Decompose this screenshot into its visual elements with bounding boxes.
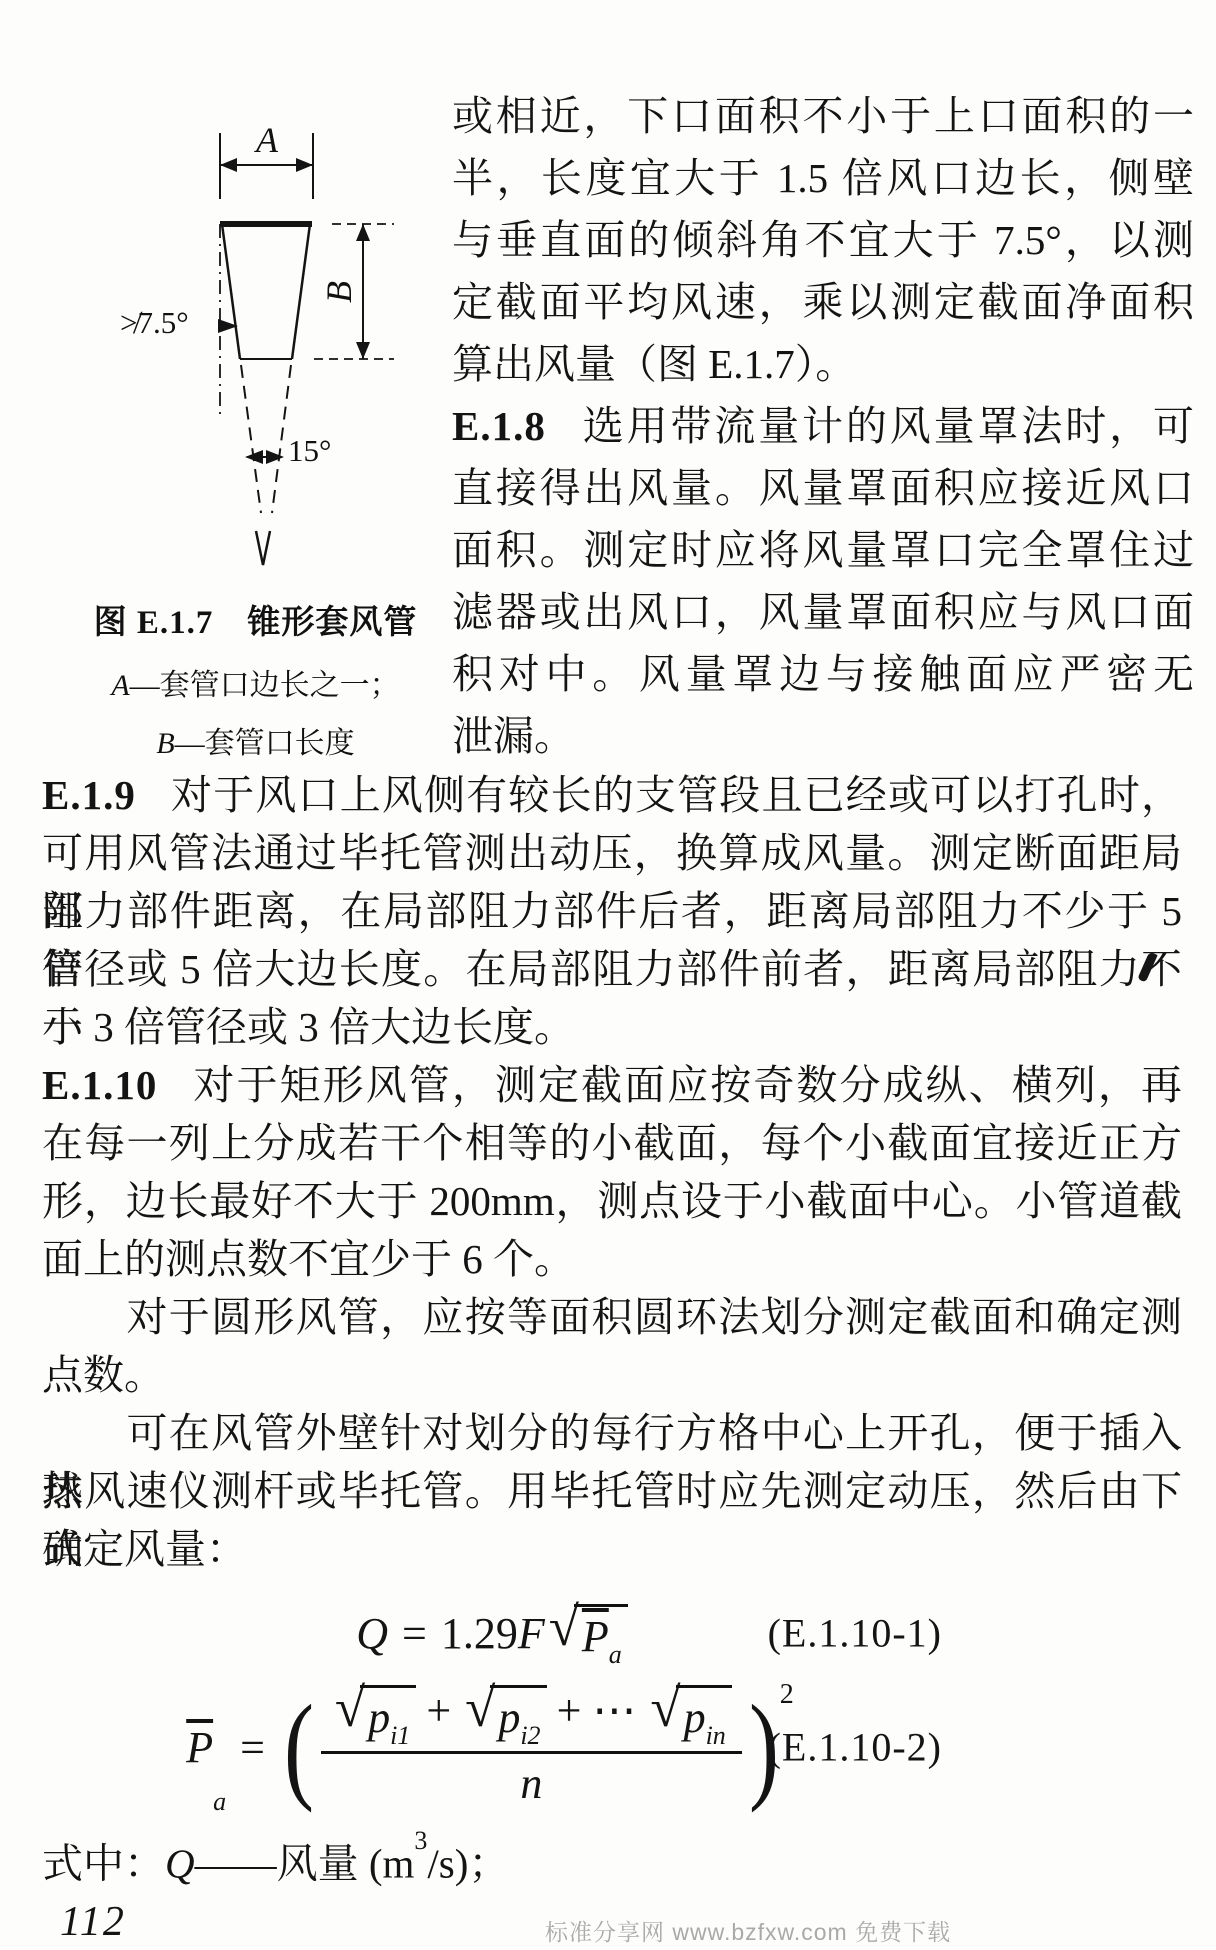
line-text: 对于风口上风侧有较长的支管段且已经或可以打孔时， xyxy=(170,772,1182,818)
radical: √pi1 xyxy=(335,1685,416,1743)
text-line: 对于圆形风管，应按等面积圆环法划分测定截面和确定测 xyxy=(42,1288,1182,1346)
line-text: 半，长度宜大于 1.5 倍风口边长，侧壁 xyxy=(452,155,1194,201)
text-line: 算出风量（图 E.1.7）。 xyxy=(452,333,1194,395)
equals-sign: = xyxy=(240,1722,265,1773)
subscript-i1: i1 xyxy=(390,1721,410,1751)
line-text: 在每一列上分成若干个相等的小截面，每个小截面宜接近正方 xyxy=(42,1120,1182,1166)
var-Q: Q xyxy=(165,1841,195,1887)
dim-label-b: B xyxy=(318,281,360,303)
var-F: F xyxy=(518,1608,545,1659)
text-line: 或相近，下口面积不小于上口面积的一 xyxy=(452,85,1194,147)
var-P-bar: P xyxy=(582,1611,609,1662)
clause-number: E.1.9 xyxy=(42,772,136,818)
formula-e-1-10-1: Q = 1.29 F √ Pa (E.1.10-1) xyxy=(42,1593,942,1673)
var-Q: Q xyxy=(356,1608,388,1659)
radical: √pi2 xyxy=(465,1685,546,1743)
line-text: 选用带流量计的风量罩法时，可 xyxy=(580,403,1194,449)
text-line: 定截面平均风速，乘以测定截面净面积 xyxy=(452,271,1194,333)
legend-a-text: —套管口边长之一； xyxy=(130,669,400,702)
fraction-denominator: n xyxy=(321,1751,742,1809)
line-text: 或相近，下口面积不小于上口面积的一 xyxy=(452,93,1194,139)
cone-outline xyxy=(220,224,312,417)
coefficient: 1.29 xyxy=(441,1608,518,1659)
text-line: 形，边长最好不大于 200mm，测点设于小截面中心。小管道截 xyxy=(42,1172,1182,1230)
text-line: 球风速仪测杆或毕托管。用毕托管时应先测定动压，然后由下式 xyxy=(42,1462,1182,1520)
page-number: 112 xyxy=(60,1898,126,1946)
line-text: 与垂直面的倾斜角不宜大于 7.5°，以测 xyxy=(452,217,1194,263)
text-line: 在每一列上分成若干个相等的小截面，每个小截面宜接近正方 xyxy=(42,1114,1182,1172)
clause-number: E.1.10 xyxy=(42,1062,157,1108)
text-line: 滤器或出风口，风量罩面积应与风口面 xyxy=(452,581,1194,643)
where-clause: 式中：Q——风量 (m3/s)； xyxy=(42,1826,509,1893)
legend-a-variable: A xyxy=(111,669,129,702)
where-dash: —— xyxy=(195,1841,277,1887)
text-line: E.1.10对于矩形风管，测定截面应按奇数分成纵、横列，再 xyxy=(42,1056,1182,1114)
subscript-i2: i2 xyxy=(520,1721,540,1751)
plus-sign: + xyxy=(426,1685,451,1736)
plus-dots: + ⋯ xyxy=(557,1685,637,1736)
figure-legend-a: A—套管口边长之一； xyxy=(58,660,453,704)
line-text: 面积。测定时应将风量罩口完全罩住过 xyxy=(452,527,1194,573)
where-text-rest: /s)； xyxy=(427,1841,509,1887)
text-line: 面积。测定时应将风量罩口完全罩住过 xyxy=(452,519,1194,581)
text-line: 确定风量： xyxy=(42,1520,1182,1578)
text-line: 于 3 倍管径或 3 倍大边长度。 xyxy=(42,998,1182,1056)
fraction-numerator: √pi1 + √pi2 + ⋯ √pin xyxy=(321,1685,742,1751)
var-P-bar: P xyxy=(186,1722,213,1773)
superscript-3: 3 xyxy=(414,1826,427,1855)
text-line: 可用风管法通过毕托管测出动压，换算成风量。测定断面距局部 xyxy=(42,824,1182,882)
text-line: 与垂直面的倾斜角不宜大于 7.5°，以测 xyxy=(452,209,1194,271)
text-line: 管径或 5 倍大边长度。在局部阻力部件前者，距离局部阻力不小 xyxy=(42,940,1182,998)
line-text: 确定风量： xyxy=(42,1526,247,1572)
text-line: 点数。 xyxy=(42,1346,1182,1404)
legend-b-text: —套管口长度 xyxy=(175,727,355,760)
apex-arrow xyxy=(256,531,270,565)
cone-extension-dashed xyxy=(241,365,291,513)
formula-e-1-10-1-body: Q = 1.29 F √ Pa xyxy=(356,1604,628,1662)
text-line: E.1.8选用带流量计的风量罩法时，可 xyxy=(452,395,1194,457)
equation-number-2: (E.1.10-2) xyxy=(768,1724,942,1771)
angle-label-7-5: ≯7.5° xyxy=(120,305,189,341)
var-p: p xyxy=(498,1692,520,1743)
right-column-text: 或相近，下口面积不小于上口面积的一半，长度宜大于 1.5 倍风口边长，侧壁与垂直… xyxy=(452,85,1194,767)
cone-duct-figure: A B ≯7.5° 15° xyxy=(60,85,450,577)
line-text: 积对中。风量罩边与接触面应严密无 xyxy=(452,651,1194,697)
body-text: E.1.9对于风口上风侧有较长的支管段且已经或可以打孔时，可用风管法通过毕托管测… xyxy=(42,766,1182,1578)
text-line: 泄漏。 xyxy=(452,705,1194,767)
text-line: 积对中。风量罩边与接触面应严密无 xyxy=(452,643,1194,705)
figure-legend-b: B—套管口长度 xyxy=(58,718,453,762)
radical: √ Pa xyxy=(549,1604,628,1662)
angle-15-dimension xyxy=(245,450,284,464)
line-text: 面上的测点数不宜少于 6 个。 xyxy=(42,1236,575,1282)
clause-number: E.1.8 xyxy=(452,403,546,449)
text-line: 直接得出风量。风量罩面积应接近风口 xyxy=(452,457,1194,519)
line-text: 定截面平均风速，乘以测定截面净面积 xyxy=(452,279,1194,325)
line-text: 滤器或出风口，风量罩面积应与风口面 xyxy=(452,589,1194,635)
exponent-2: 2 xyxy=(780,1679,794,1711)
formula-e-1-10-2-body: P a = ( √pi1 + √pi2 + ⋯ √pin n ) 2 xyxy=(186,1685,798,1809)
text-line: 可在风管外壁针对划分的每行方格中心上开孔，便于插入热 xyxy=(42,1404,1182,1462)
formula-e-1-10-2: P a = ( √pi1 + √pi2 + ⋯ √pin n ) 2 (E.1.… xyxy=(42,1682,942,1812)
figure-caption: 图 E.1.7 锥形套风管 A—套管口边长之一； B—套管口长度 xyxy=(58,596,453,776)
var-p: p xyxy=(684,1692,706,1743)
document-page: A B ≯7.5° 15° 图 E.1.7 锥形套风管 A—套管口边长之一； B… xyxy=(0,0,1216,1950)
subscript-in: in xyxy=(706,1721,726,1751)
subscript-a: a xyxy=(609,1640,622,1670)
text-line: E.1.9对于风口上风侧有较长的支管段且已经或可以打孔时， xyxy=(42,766,1182,824)
text-line: 阻力部件距离，在局部阻力部件后者，距离局部阻力不少于 5 倍 xyxy=(42,882,1182,940)
text-line: 半，长度宜大于 1.5 倍风口边长，侧壁 xyxy=(452,147,1194,209)
var-p: p xyxy=(368,1692,390,1743)
where-text: 风量 (m xyxy=(277,1841,415,1887)
line-text: 直接得出风量。风量罩面积应接近风口 xyxy=(452,465,1194,511)
line-text: 对于矩形风管，测定截面应按奇数分成纵、横列，再 xyxy=(191,1062,1182,1108)
line-text: 点数。 xyxy=(42,1352,165,1398)
figure-caption-title: 图 E.1.7 锥形套风管 xyxy=(58,596,453,643)
text-line: 面上的测点数不宜少于 6 个。 xyxy=(42,1230,1182,1288)
equation-number-1: (E.1.10-1) xyxy=(768,1610,942,1657)
radical: √pin xyxy=(650,1685,731,1743)
watermark-text: 标准分享网 www.bzfxw.com 免费下载 xyxy=(545,1914,951,1947)
line-text: 算出风量（图 E.1.7）。 xyxy=(452,341,856,387)
dim-label-a: A xyxy=(256,119,278,161)
angle-label-15: 15° xyxy=(288,433,331,469)
line-text: 泄漏。 xyxy=(452,713,575,759)
line-text: 对于圆形风管，应按等面积圆环法划分测定截面和确定测 xyxy=(42,1294,1182,1340)
fraction: √pi1 + √pi2 + ⋯ √pin n xyxy=(321,1685,742,1809)
cone-duct-drawing xyxy=(60,85,450,577)
legend-b-variable: B xyxy=(156,727,174,760)
where-prefix: 式中： xyxy=(42,1841,165,1887)
subscript-a: a xyxy=(213,1787,226,1817)
equals-sign: = xyxy=(402,1608,427,1659)
line-text: 形，边长最好不大于 200mm，测点设于小截面中心。小管道截 xyxy=(42,1178,1182,1224)
line-text: 于 3 倍管径或 3 倍大边长度。 xyxy=(42,1004,575,1050)
